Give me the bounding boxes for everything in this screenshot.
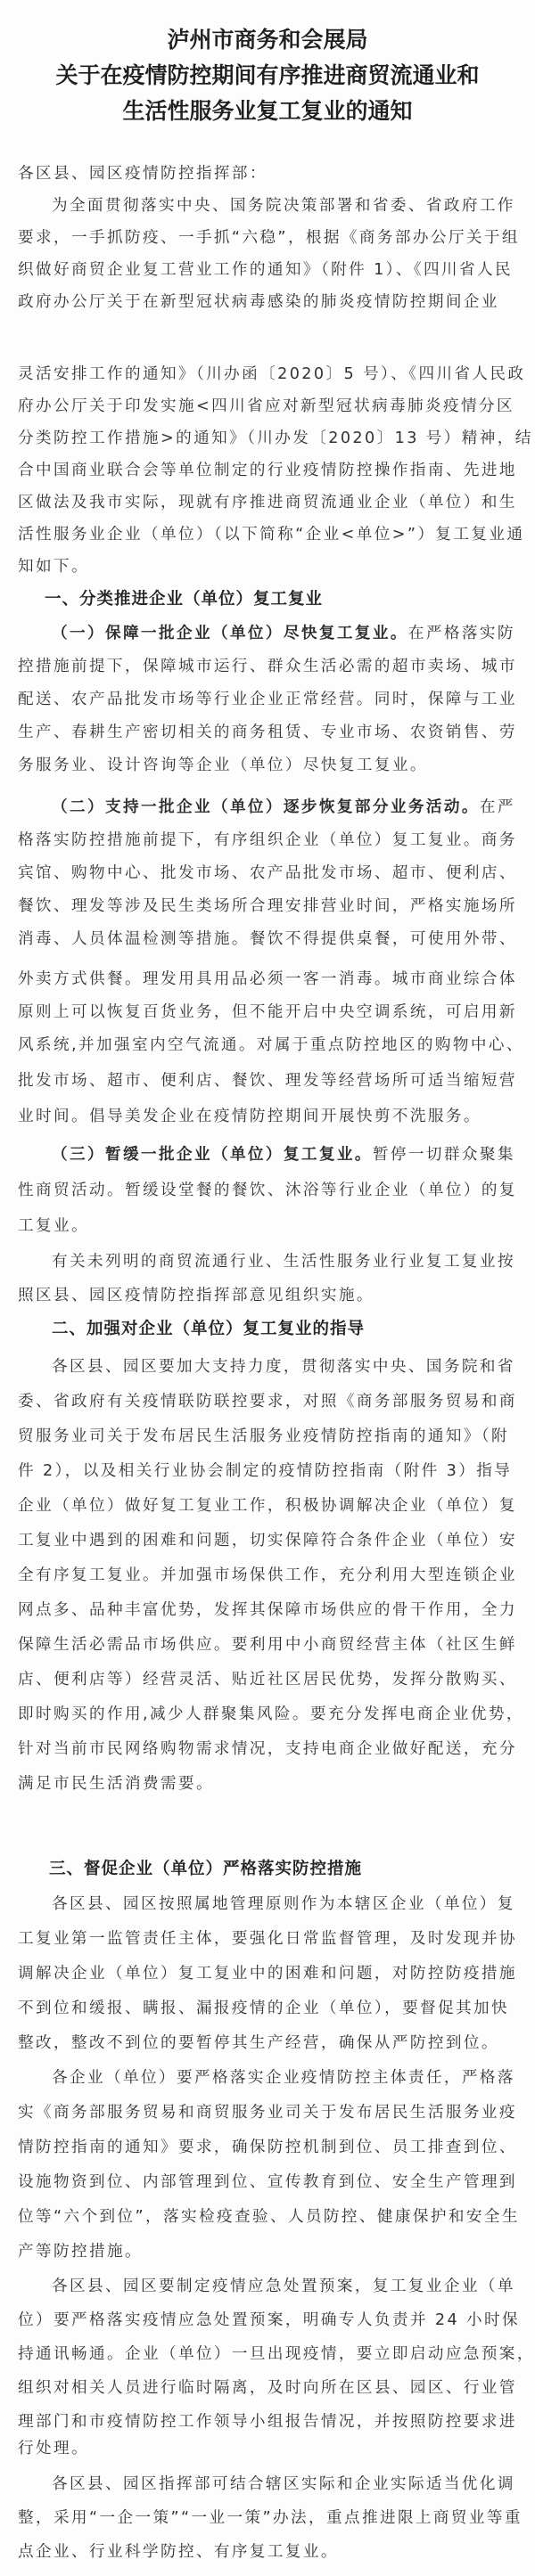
paragraph-line: 餐饮、理发等涉及民生类场所合理安排营业时间，严格实施场所 <box>18 890 517 922</box>
paragraph-line: 产等防控措施。 <box>18 2236 517 2268</box>
intro-line: 区做法及我市实际，现就有序推进商贸流通业企业（单位）和生 <box>18 487 517 519</box>
paragraph-line: 控措施前提下，保障城市运行、群众生活必需的超市卖场、城市 <box>18 650 517 683</box>
paragraph-line: 各区县、园区按照属地管理原则作为本辖区企业（单位）复 <box>52 1888 535 1920</box>
paragraph-line: 持通讯畅通。企业（单位）一旦出现疫情，要立即启动应急预案， <box>18 2338 517 2370</box>
paragraph-line: 配送、农产品批发市场等行业企业正常经营。同时，保障与工业 <box>18 683 517 716</box>
paragraph-line: 调解决企业（单位）复工复业中的困难和问题，对防控防疫措施 <box>18 1958 517 1990</box>
paragraph-line: 原则上可以恢复百货业务，但不能开启中央空调系统，可启用新 <box>18 996 517 1028</box>
paragraph-line: 工复业。 <box>18 1210 517 1242</box>
paragraph-line: 各区县、园区指挥部可结合辖区实际和企业实际适当优化调 <box>52 2468 535 2500</box>
paragraph-line: （一）保障一批企业（单位）尽快复工复业。在严格落实防 <box>52 617 535 650</box>
paragraph-line: 批发市场、超市、便利店、餐饮、理发等经营场所可适当缩短营 <box>18 1065 517 1097</box>
paragraph-line: 位）要严格落实疫情应急处置预案，明确专人负责并 24 小时保 <box>18 2304 517 2336</box>
paragraph-line: 务服务业、设计咨询等企业（单位）尽快复工复业。 <box>18 749 517 781</box>
paragraph-line: 针对当前市民网络购物需求情况，支持电商企业做好配送，充分 <box>18 1733 517 1765</box>
paragraph-line: 企业（单位）做好复工复业工作，积极协调解决企业（单位）复 <box>18 1490 517 1522</box>
intro-line: 为全面贯彻落实中央、国务院决策部署和省委、省政府工作 <box>52 190 535 222</box>
paragraph-line: 工复业第一监管责任主体，要强化日常监督管理，及时发现并协 <box>18 1923 517 1955</box>
subsection-lead-2: （二）支持一批企业（单位）逐步恢复部分业务活动。 <box>52 798 480 816</box>
intro-line: 知如下。 <box>18 551 517 583</box>
paragraph-line: 行处理。 <box>18 2433 517 2465</box>
paragraph-line: 贸服务业司关于发布居民生活服务业疫情防控指南的通知》（附 <box>18 1420 517 1452</box>
section-heading-1: 一、分类推进企业（单位）复工复业 <box>45 584 323 616</box>
paragraph-line: 网点多、品种丰富优势，发挥其保障市场供应的骨干作用，全力 <box>18 1594 517 1626</box>
paragraph-line: 外卖方式供餐。理发用具用品必须一客一消毒。城市商业综合体 <box>18 963 517 995</box>
paragraph-line: 各企业（单位）要严格落实企业疫情防控主体责任，严格落 <box>52 2062 535 2094</box>
title-line-3: 生活性服务业复工复业的通知 <box>0 94 535 129</box>
title-line-1: 泸州市商务和会展局 <box>0 22 535 58</box>
paragraph-line: 位等“六个到位”，落实检疫查验、人员防控、健康保护和安全生 <box>18 2201 517 2233</box>
paragraph-line: 件 2），以及相关行业协会制定的疫情防控指南（附件 3）指导 <box>18 1455 517 1487</box>
intro-line: 合中国商业联合会等单位制定的行业疫情防控操作指南、先进地 <box>18 454 517 487</box>
subsection-lead-3: （三）暂缓一批企业（单位）复工复业。 <box>52 1146 373 1164</box>
paragraph-line: 消毒、人员体温检测等措施。餐饮不得提供桌餐，可使用外带、 <box>18 923 517 955</box>
paragraph-line: 业时间。倡导美发企业在疫情防控期间开展快剪不洗服务。 <box>18 1100 517 1133</box>
intro-line: 灵活安排工作的通知》（川办函〔2020〕5 号）、《四川省人民政 <box>18 358 517 390</box>
paragraph-line: 组织对相关人员进行临时隔离，及时向所在区县、园区、行业管 <box>18 2372 517 2404</box>
paragraph-line: 店、便利店等）经营灵活、贴近社区居民优势，发挥分散购买、 <box>18 1664 517 1696</box>
paragraph-line: 情防控指南的通知》要求，确保防控机制到位、员工排查到位、 <box>18 2131 517 2163</box>
salutation: 各区县、园区疫情防控指挥部： <box>18 158 517 190</box>
paragraph-line: （三）暂缓一批企业（单位）复工复业。暂停一切群众聚集 <box>52 1139 535 1171</box>
paragraph-line: 整，采用“一企一策”“一业一策”办法，重点推进限上商贸业等重 <box>18 2502 517 2534</box>
paragraph-line: 不到位和缓报、瞒报、漏报疫情的企业（单位），要督促其加快 <box>18 1992 517 2024</box>
paragraph-line: （二）支持一批企业（单位）逐步恢复部分业务活动。在严 <box>52 791 535 823</box>
intro-line: 要求，一手抓防疫、一手抓“六稳”，根据《商务部办公厅关于组 <box>18 222 517 254</box>
section-heading-3: 三、督促企业（单位）严格落实防控措施 <box>49 1853 362 1885</box>
subsection-lead-1: （一）保障一批企业（单位）尽快复工复业。 <box>52 625 408 642</box>
paragraph-line: 性商贸活动。暂缓设堂餐的餐饮、沐浴等行业企业（单位）的复 <box>18 1174 517 1206</box>
paragraph-line: 宾馆、购物中心、批发市场、农产品批发市场、超市、便利店、 <box>18 857 517 889</box>
intro-line: 府办公厅关于印发实施<四川省应对新型冠状病毒肺炎疫情分区 <box>18 390 517 422</box>
paragraph-line: 各区县、园区要加大支持力度，贯彻落实中央、国务院和省 <box>52 1351 535 1383</box>
document-page: 泸州市商务和会展局 关于在疫情防控期间有序推进商贸流通业和 生活性服务业复工复业… <box>0 0 535 2576</box>
intro-line: 分类防控工作措施>的通知》（川办发〔2020〕13 号）精神，结 <box>18 422 517 454</box>
paragraph-line: 风系统,并加强室内空气流通。对属于重点防控地区的购物中心、 <box>18 1029 517 1061</box>
paragraph-line: 格落实防控措施前提下，有序组织企业（单位）复工复业。商务 <box>18 824 517 856</box>
intro-line: 政府办公厅关于在新型冠状病毒感染的肺炎疫情防控期间企业 <box>18 286 517 318</box>
title-line-2: 关于在疫情防控期间有序推进商贸流通业和 <box>0 58 535 94</box>
paragraph-line: 设施物资到位、内部管理到位、宣传教育到位、安全生产管理到 <box>18 2166 517 2198</box>
paragraph-line: 工复业中遇到的困难和问题，切实保障符合条件企业（单位）安 <box>18 1525 517 1557</box>
paragraph-line: 照区县、园区疫情防控指挥部意见组织实施。 <box>18 1280 517 1312</box>
paragraph-line: 委、省政府有关疫情联防联控要求，对照《商务部服务贸易和商 <box>18 1386 517 1418</box>
paragraph-line: 即时购买的作用,减少人群聚集风险。要充分发挥电商企业优势， <box>18 1698 517 1730</box>
paragraph-line: 有关未列明的商贸流通行业、生活性服务业行业复工复业按 <box>52 1246 535 1278</box>
document-title: 泸州市商务和会展局 关于在疫情防控期间有序推进商贸流通业和 生活性服务业复工复业… <box>0 22 535 129</box>
intro-line: 织做好商贸企业复工营业工作的通知》（附件 1）、《四川省人民 <box>18 254 517 286</box>
section-heading-2: 二、加强对企业（单位）复工复业的指导 <box>52 1313 365 1345</box>
paragraph-line: 全有序复工复业。并加强市场保供工作，充分利用大型连锁企业 <box>18 1559 517 1591</box>
paragraph-line: 满足市民生活消费需要。 <box>18 1768 517 1800</box>
paragraph-line: 生产、春耕生产密切相关的商务租赁、专业市场、农资销售、劳 <box>18 716 517 748</box>
paragraph-line: 实《商务部服务贸易和商贸服务业司关于发布居民生活服务业疫 <box>18 2097 517 2129</box>
paragraph-line: 点企业、行业科学防控、有序复工复业。 <box>18 2536 517 2568</box>
paragraph-line: 各区县、园区要制定疫情应急处置预案，复工复业企业（单 <box>52 2270 535 2302</box>
intro-line: 活性服务业企业（单位）（以下简称“企业<单位>”）复工复业通 <box>18 519 517 551</box>
paragraph-line: 保障生活必需品市场供应。要利用中小商贸经营主体（社区生鲜 <box>18 1629 517 1661</box>
paragraph-line: 整改，整改不到位的要暂停其生产经营，确保从严防控到位。 <box>18 2027 517 2059</box>
